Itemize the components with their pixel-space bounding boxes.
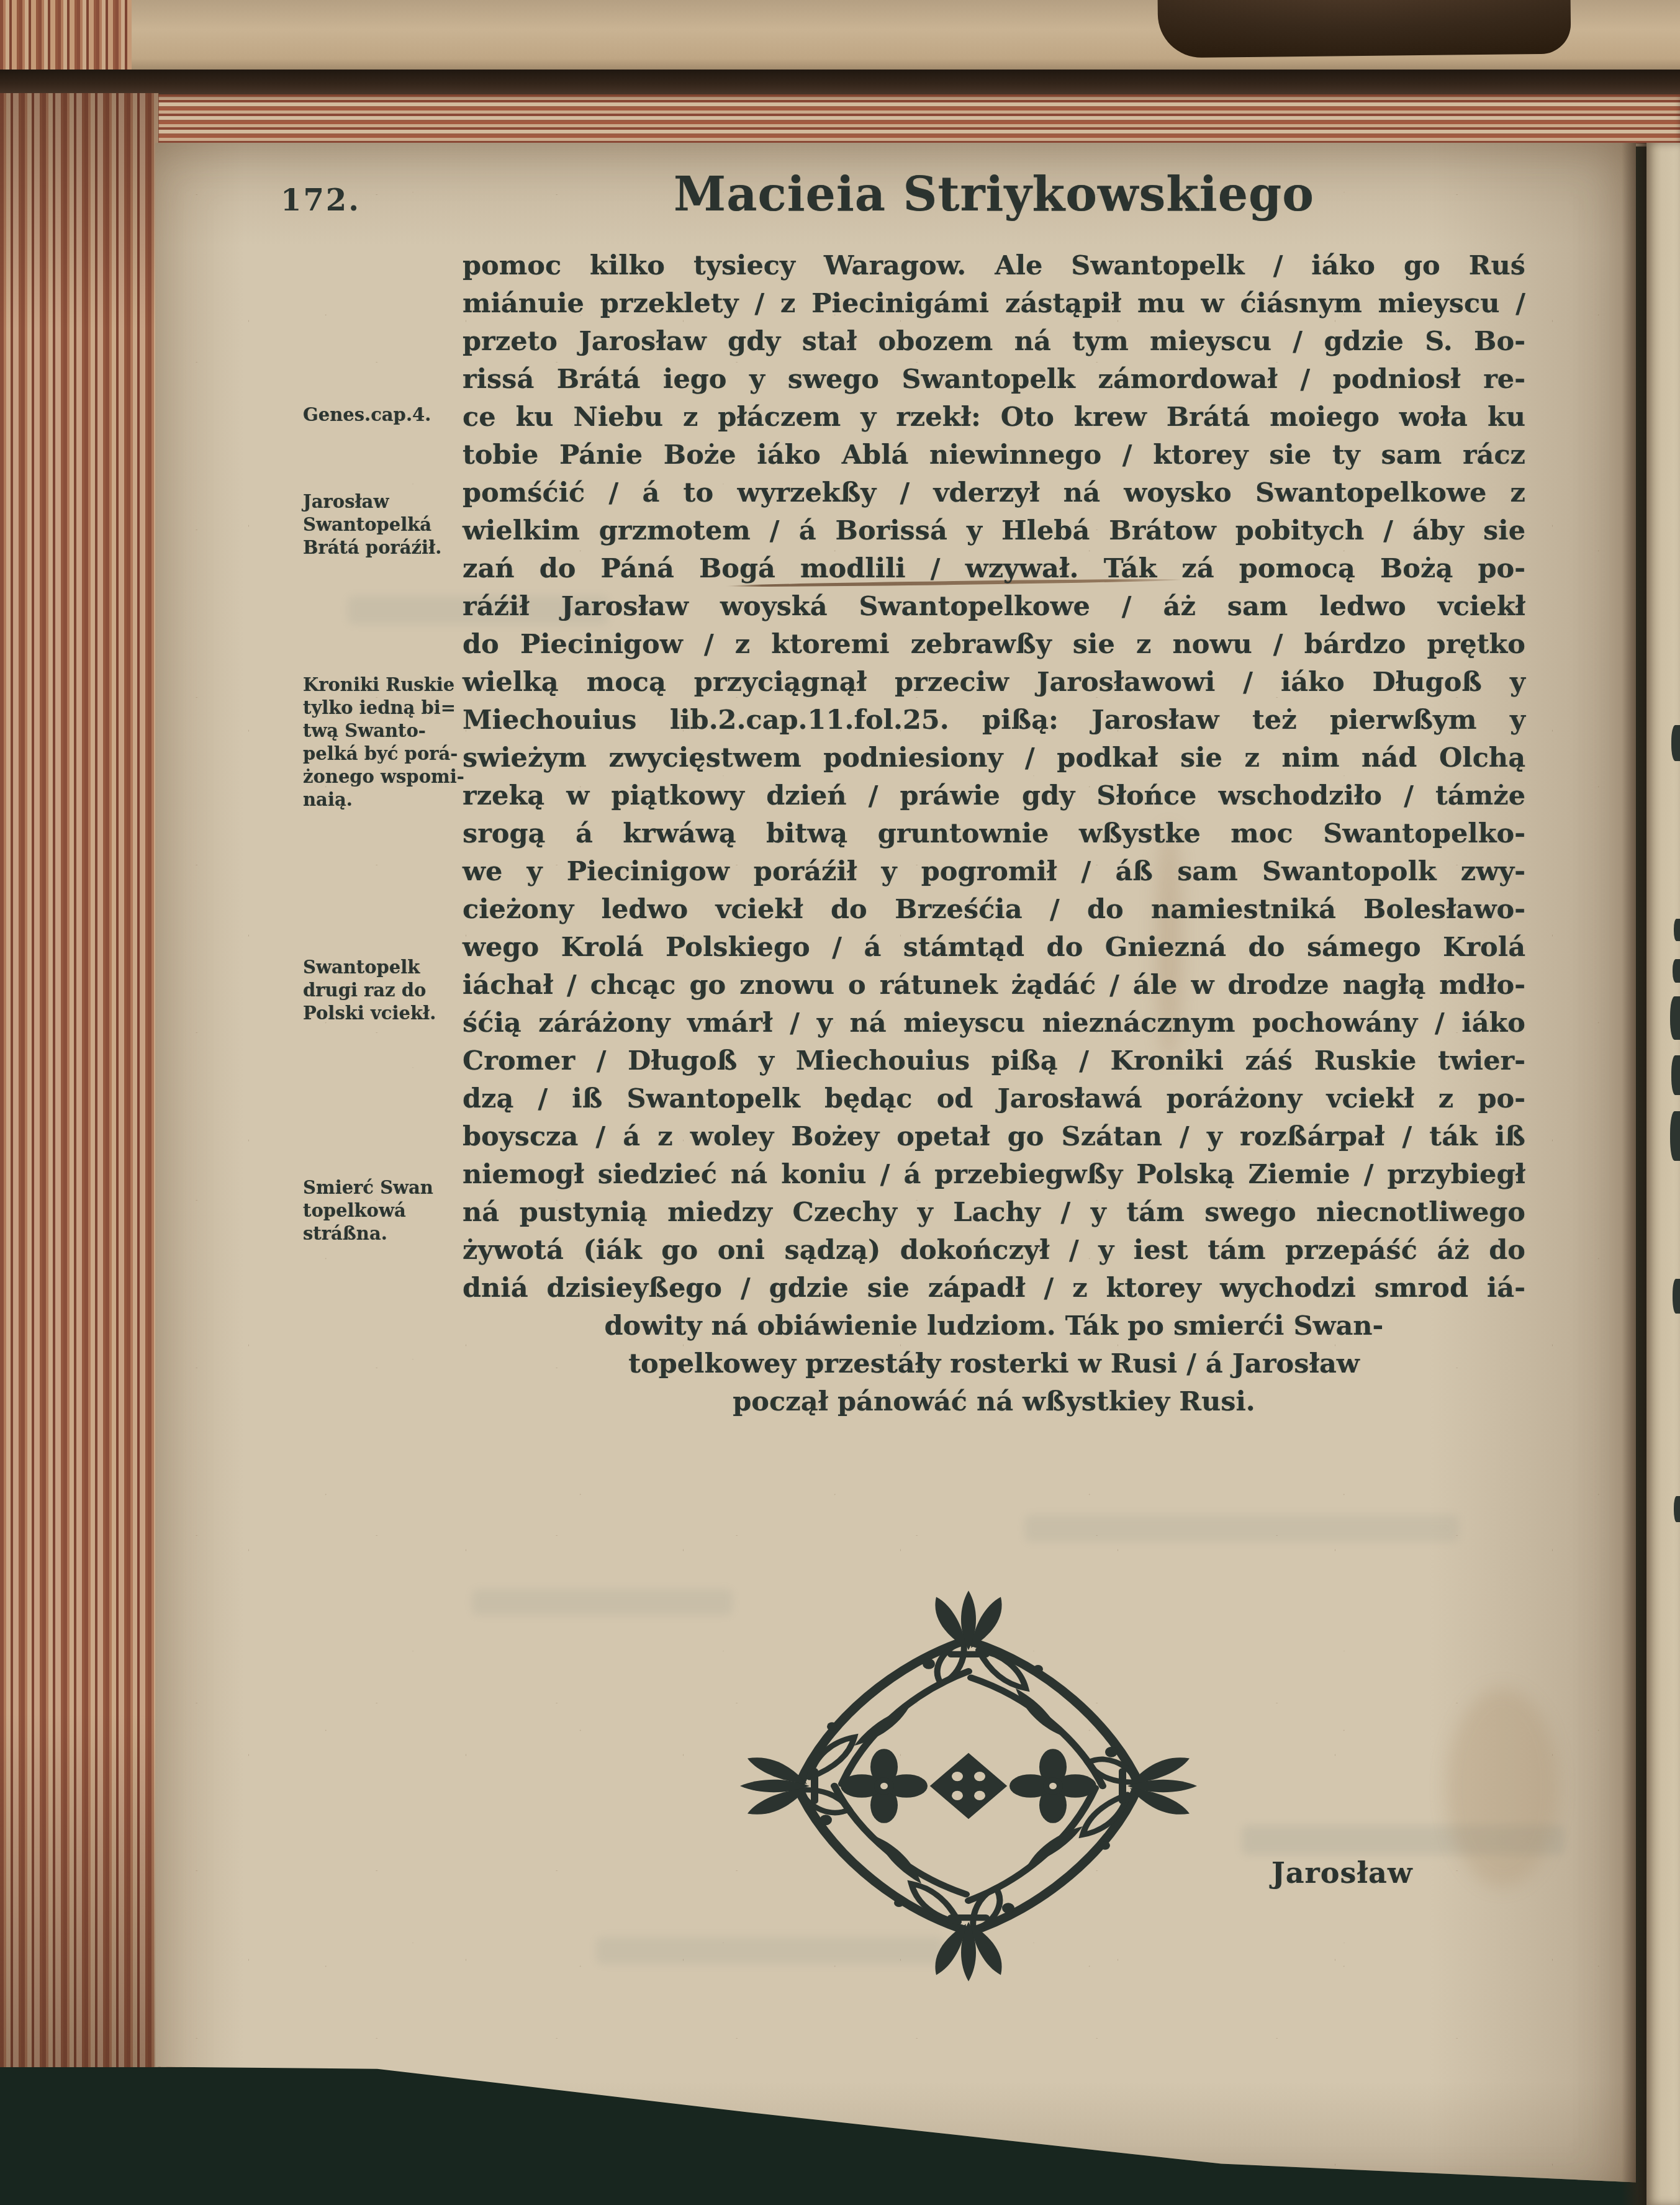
ink-bleedthrough [472, 1589, 733, 1615]
facing-page-sliver [1646, 143, 1680, 2205]
catchword: Jarosław [1271, 1856, 1413, 1890]
page-edges-top-left [0, 0, 132, 74]
body-line: srogą á krwáwą bitwą gruntownie wßystke … [463, 815, 1525, 853]
margin-note: Smierć Swan topelkowá stráßna. [303, 1176, 472, 1245]
body-line: Cromer / Długoß y Miechouius pißą / Kron… [463, 1042, 1525, 1080]
binding-shadow-line [0, 70, 1680, 96]
body-line: wego Krolá Polskiego / á stámtąd do Gnie… [463, 929, 1525, 967]
margin-note-line: Kroniki Ruskie [303, 674, 472, 697]
facing-page-text-fragment [1673, 1279, 1680, 1314]
body-line: zań do Páná Bogá modlili / wzywał. Ták z… [463, 550, 1525, 588]
body-text: pomoc kilko tysiecy Waragow. Ale Swantop… [463, 247, 1525, 1421]
facing-page-text-fragment [1670, 996, 1680, 1040]
body-line: śćią záráżony vmárł / y ná mieyscu niezn… [463, 1004, 1525, 1042]
body-line: dowity ná obiáwienie ludziom. Ták po smi… [463, 1307, 1525, 1345]
margin-note-line: tylko iedną bi= [303, 697, 472, 719]
printer-ornament-icon [733, 1584, 1204, 1988]
body-line: ná pustynią miedzy Czechy y Lachy / y tá… [463, 1194, 1525, 1232]
body-line: pomoc kilko tysiecy Waragow. Ale Swantop… [463, 247, 1525, 285]
body-line: ce ku Niebu z płáczem y rzekł: Oto krew … [463, 399, 1525, 436]
margin-note-line: drugi raz do [303, 979, 472, 1002]
body-line: Miechouius lib.2.cap.11.fol.25. pißą: Ja… [463, 701, 1525, 739]
body-line: we y Piecinigow poráźił y pogromił / áß … [463, 853, 1525, 891]
body-line: pomśćić / á to wyrzekßy / vderzył ná woy… [463, 474, 1525, 512]
body-line: dniá dzisieyßego / gdzie sie západł / z … [463, 1269, 1525, 1307]
margin-note-line: Polski vciekł. [303, 1002, 472, 1025]
margin-note: Kroniki Ruskie tylko iedną bi= twą Swant… [303, 674, 472, 811]
margin-note: Jarosław Swantopelká Brátá poráźił. [303, 490, 472, 559]
body-line: rzeką w piątkowy dzień / práwie gdy Słoń… [463, 777, 1525, 815]
body-line: począł pánowáć ná wßystkiey Rusi. [463, 1383, 1525, 1421]
margin-note-line: Genes.cap.4. [303, 404, 472, 426]
margin-note-line: Swantopelká [303, 513, 472, 536]
body-line: swieżym zwycięstwem podniesiony / podkał… [463, 739, 1525, 777]
body-line: ráźił Jarosław woyská Swantopelkowe / áż… [463, 588, 1525, 626]
paper-stain [1447, 1689, 1558, 1887]
ink-bleedthrough [1024, 1515, 1459, 1542]
margin-note-line: pelká być porá- [303, 742, 472, 765]
body-line: cieżony ledwo vciekł do Brześćia / do na… [463, 891, 1525, 929]
margin-note-line: stráßna. [303, 1222, 472, 1245]
margin-note-line: Smierć Swan [303, 1176, 472, 1199]
facing-page-text-fragment [1671, 725, 1680, 761]
body-line: żywotá (iák go oni sądzą) dokończył / y … [463, 1232, 1525, 1269]
margin-note-line: Brátá poráźił. [303, 536, 472, 559]
facing-page-text-fragment [1671, 1055, 1680, 1095]
body-line: tobie Pánie Boże iáko Ablá niewinnego / … [463, 436, 1525, 474]
body-line: boyscza / á z woley Bożey opetał go Szát… [463, 1118, 1525, 1156]
body-line: topelkowey przestáły rosterki w Rusi / á… [463, 1345, 1525, 1383]
leather-spine [1157, 0, 1571, 58]
margin-note-line: twą Swanto- [303, 719, 472, 742]
body-line: do Piecinigow / z ktoremi zebrawßy sie z… [463, 626, 1525, 664]
body-line: iáchał / chcąc go znowu o rátunek żądáć … [463, 967, 1525, 1004]
page-edges-top [125, 94, 1680, 147]
body-line: wielką mocą przyciągnął przeciw Jarosław… [463, 664, 1525, 701]
facing-page-text-fragment [1674, 1496, 1680, 1522]
body-line: dzą / iß Swantopelk będąc od Jarosławá p… [463, 1080, 1525, 1118]
book-scan: 172. Macieia Striykowskiego Genes.cap.4.… [0, 0, 1680, 2205]
facing-page-text-fragment [1673, 959, 1680, 983]
body-line: wielkim grzmotem / á Borissá y Hlebá Brá… [463, 512, 1525, 550]
margin-note-line: Swantopelk [303, 956, 472, 979]
facing-page-text-fragment [1674, 919, 1680, 941]
margin-note-line: żonego wspomi- [303, 765, 472, 788]
page-number: 172. [281, 183, 361, 218]
margin-note-line: Jarosław [303, 490, 472, 513]
margin-note-line: topelkowá [303, 1199, 472, 1222]
margin-note-line: naią. [303, 788, 472, 811]
body-line: rissá Brátá iego y swego Swantopelk zámo… [463, 361, 1525, 399]
margin-note: Genes.cap.4. [303, 404, 472, 426]
running-header: Macieia Striykowskiego [463, 166, 1525, 222]
facing-page-text-fragment [1670, 1111, 1680, 1161]
body-line: niemogł siedzieć ná koniu / á przebiegwß… [463, 1156, 1525, 1194]
body-line: miánuie przeklety / z Piecinigámi zástąp… [463, 285, 1525, 323]
margin-note: Swantopelk drugi raz do Polski vciekł. [303, 956, 472, 1025]
body-line: przeto Jarosław gdy stał obozem ná tym m… [463, 323, 1525, 361]
